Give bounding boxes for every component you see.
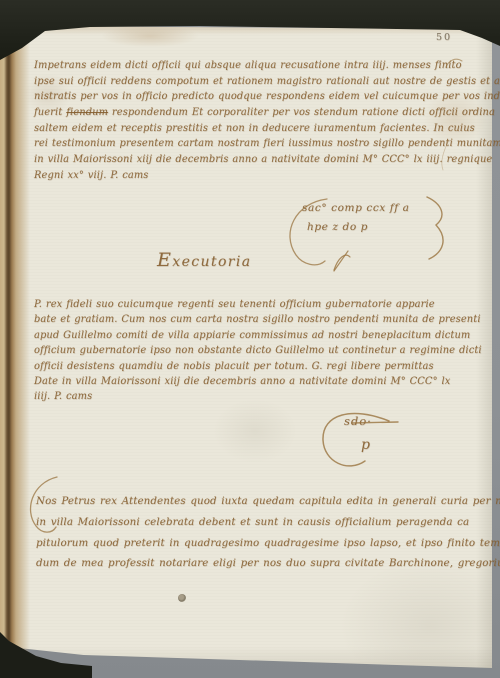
folio-number: 50 [436,32,452,43]
scribal-section-mark: sdo· [344,414,372,428]
text-line: iiij. P. cams [34,389,482,404]
paragraph-1: Impetrans eidem dicti officii qui absque… [34,58,500,184]
text-line: rei testimonium presentem cartam nostram… [34,136,500,152]
section-heading: Executoria [157,249,252,271]
text-line: officii desistens quamdiu de nobis placu… [34,359,482,374]
wormhole-mark [178,594,186,602]
paragraph-2: P. rex fideli suo cuicumque regenti seu … [34,297,482,405]
text-line: Regni xx° viij. P. cams [34,168,500,184]
text-line: ipse sui officii reddens compotum et rat… [34,74,500,90]
text-line-with-strikethrough: fuerit fiendum respondendum Et corporali… [34,105,500,121]
text-line: apud Guillelmo comiti de villa appiarie … [34,328,482,343]
struck-word: fiendum [66,107,108,118]
margin-note: sac° comp ccx ff a hpe z do p [302,199,410,237]
text-line: officium gubernatorie ipso non obstante … [34,343,482,358]
margin-note-line: sac° comp ccx ff a [302,199,410,218]
scribal-section-mark-tail: p [361,437,370,453]
text-line: bate et gratiam. Cum nos cum carta nostr… [34,312,482,327]
paragraph-3: Nos Petrus rex Attendentes quod iuxta qu… [36,492,500,575]
book-gutter-page-edges [0,26,32,668]
text-line: Date in villa Maiorissoni xiij die decem… [34,374,482,389]
text-line: Impetrans eidem dicti officii qui absque… [34,58,500,74]
text-line: nistratis per vos in officio predicto qu… [34,89,500,105]
text-line: Nos Petrus rex Attendentes quod iuxta qu… [36,492,500,513]
manuscript-photo: 50 Impetrans eidem dicti officii qui abs… [0,0,500,678]
text-line: pitulorum quod preterit in quadragesimo … [36,534,500,555]
text-line: saltem eidem et receptis prestitis et no… [34,121,500,137]
text-segment: respondendum Et corporaliter per vos ste… [108,107,495,118]
text-line: in villa Maiorissoni xiij die decembris … [34,152,500,168]
margin-note-line: hpe z do p [302,218,410,237]
text-line: in villa Maiorissoni celebrata debent et… [36,513,500,534]
text-line: P. rex fideli suo cuicumque regenti seu … [34,297,482,312]
text-segment: fuerit [34,107,66,118]
text-line: dum de mea professit notariare eligi per… [36,554,500,575]
